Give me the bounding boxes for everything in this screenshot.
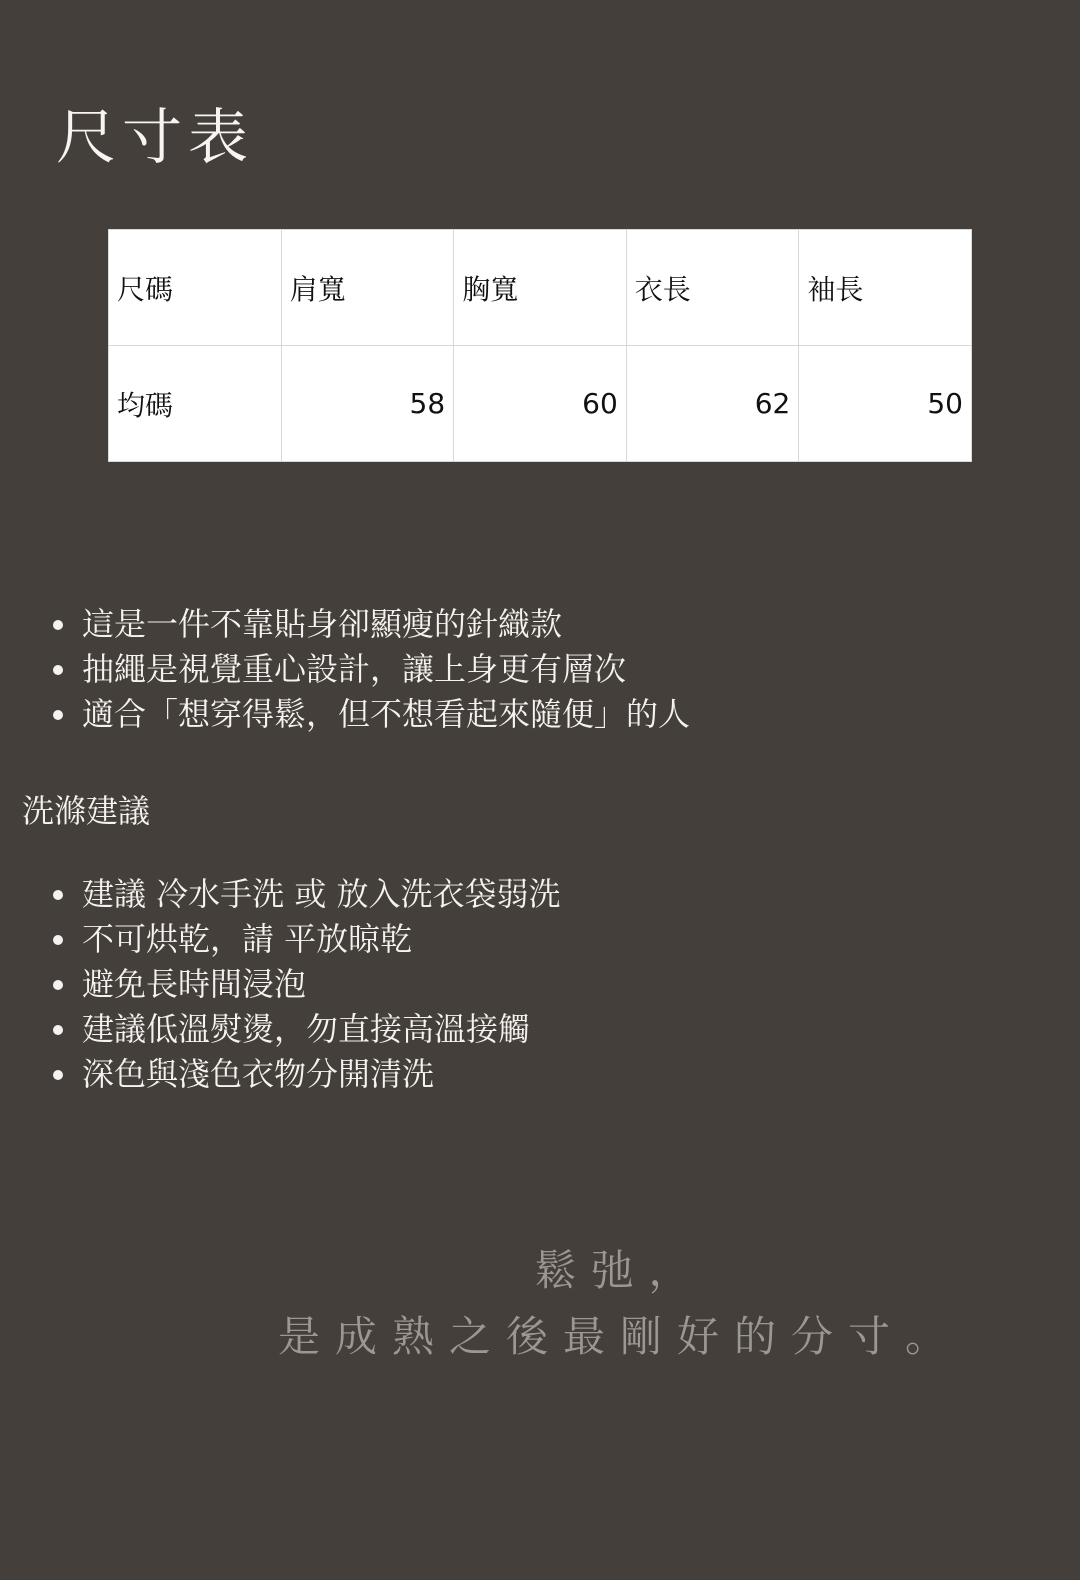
list-item: 適合「想穿得鬆，但不想看起來隨便」的人 — [82, 692, 690, 737]
cell-length: 62 — [626, 346, 799, 462]
table-row: 均碼 58 60 62 50 — [109, 346, 972, 462]
list-item: 建議 冷水手洗 或 放入洗衣袋弱洗 — [82, 872, 561, 917]
table-header-row: 尺碼 肩寬 胸寬 衣長 袖長 — [109, 230, 972, 346]
feature-list: 這是一件不靠貼身卻顯瘦的針織款 抽繩是視覺重心設計，讓上身更有層次 適合「想穿得… — [0, 602, 690, 737]
cell-size: 均碼 — [109, 346, 282, 462]
list-item: 避免長時間浸泡 — [82, 962, 561, 1007]
list-item: 抽繩是視覺重心設計，讓上身更有層次 — [82, 647, 690, 692]
header-length: 衣長 — [626, 230, 799, 346]
quote-line-1: 鬆弛， — [270, 1238, 970, 1304]
size-table: 尺碼 肩寬 胸寬 衣長 袖長 均碼 58 60 62 50 — [108, 229, 972, 462]
header-shoulder-width: 肩寬 — [281, 230, 454, 346]
cell-chest-width: 60 — [454, 346, 627, 462]
header-size: 尺碼 — [109, 230, 282, 346]
header-chest-width: 胸寬 — [454, 230, 627, 346]
list-item: 深色與淺色衣物分開清洗 — [82, 1052, 561, 1097]
cell-shoulder-width: 58 — [281, 346, 454, 462]
list-item: 不可烘乾，請 平放晾乾 — [82, 917, 561, 962]
closing-quote: 鬆弛， 是成熟之後最剛好的分寸。 — [270, 1238, 970, 1370]
wash-list: 建議 冷水手洗 或 放入洗衣袋弱洗 不可烘乾，請 平放晾乾 避免長時間浸泡 建議… — [0, 872, 561, 1097]
page-title: 尺寸表 — [56, 108, 254, 168]
quote-line-2: 是成熟之後最剛好的分寸。 — [270, 1304, 970, 1370]
header-sleeve-length: 袖長 — [799, 230, 972, 346]
list-item: 建議低溫熨燙，勿直接高溫接觸 — [82, 1007, 561, 1052]
wash-heading: 洗滌建議 — [22, 786, 150, 832]
cell-sleeve-length: 50 — [799, 346, 972, 462]
list-item: 這是一件不靠貼身卻顯瘦的針織款 — [82, 602, 690, 647]
